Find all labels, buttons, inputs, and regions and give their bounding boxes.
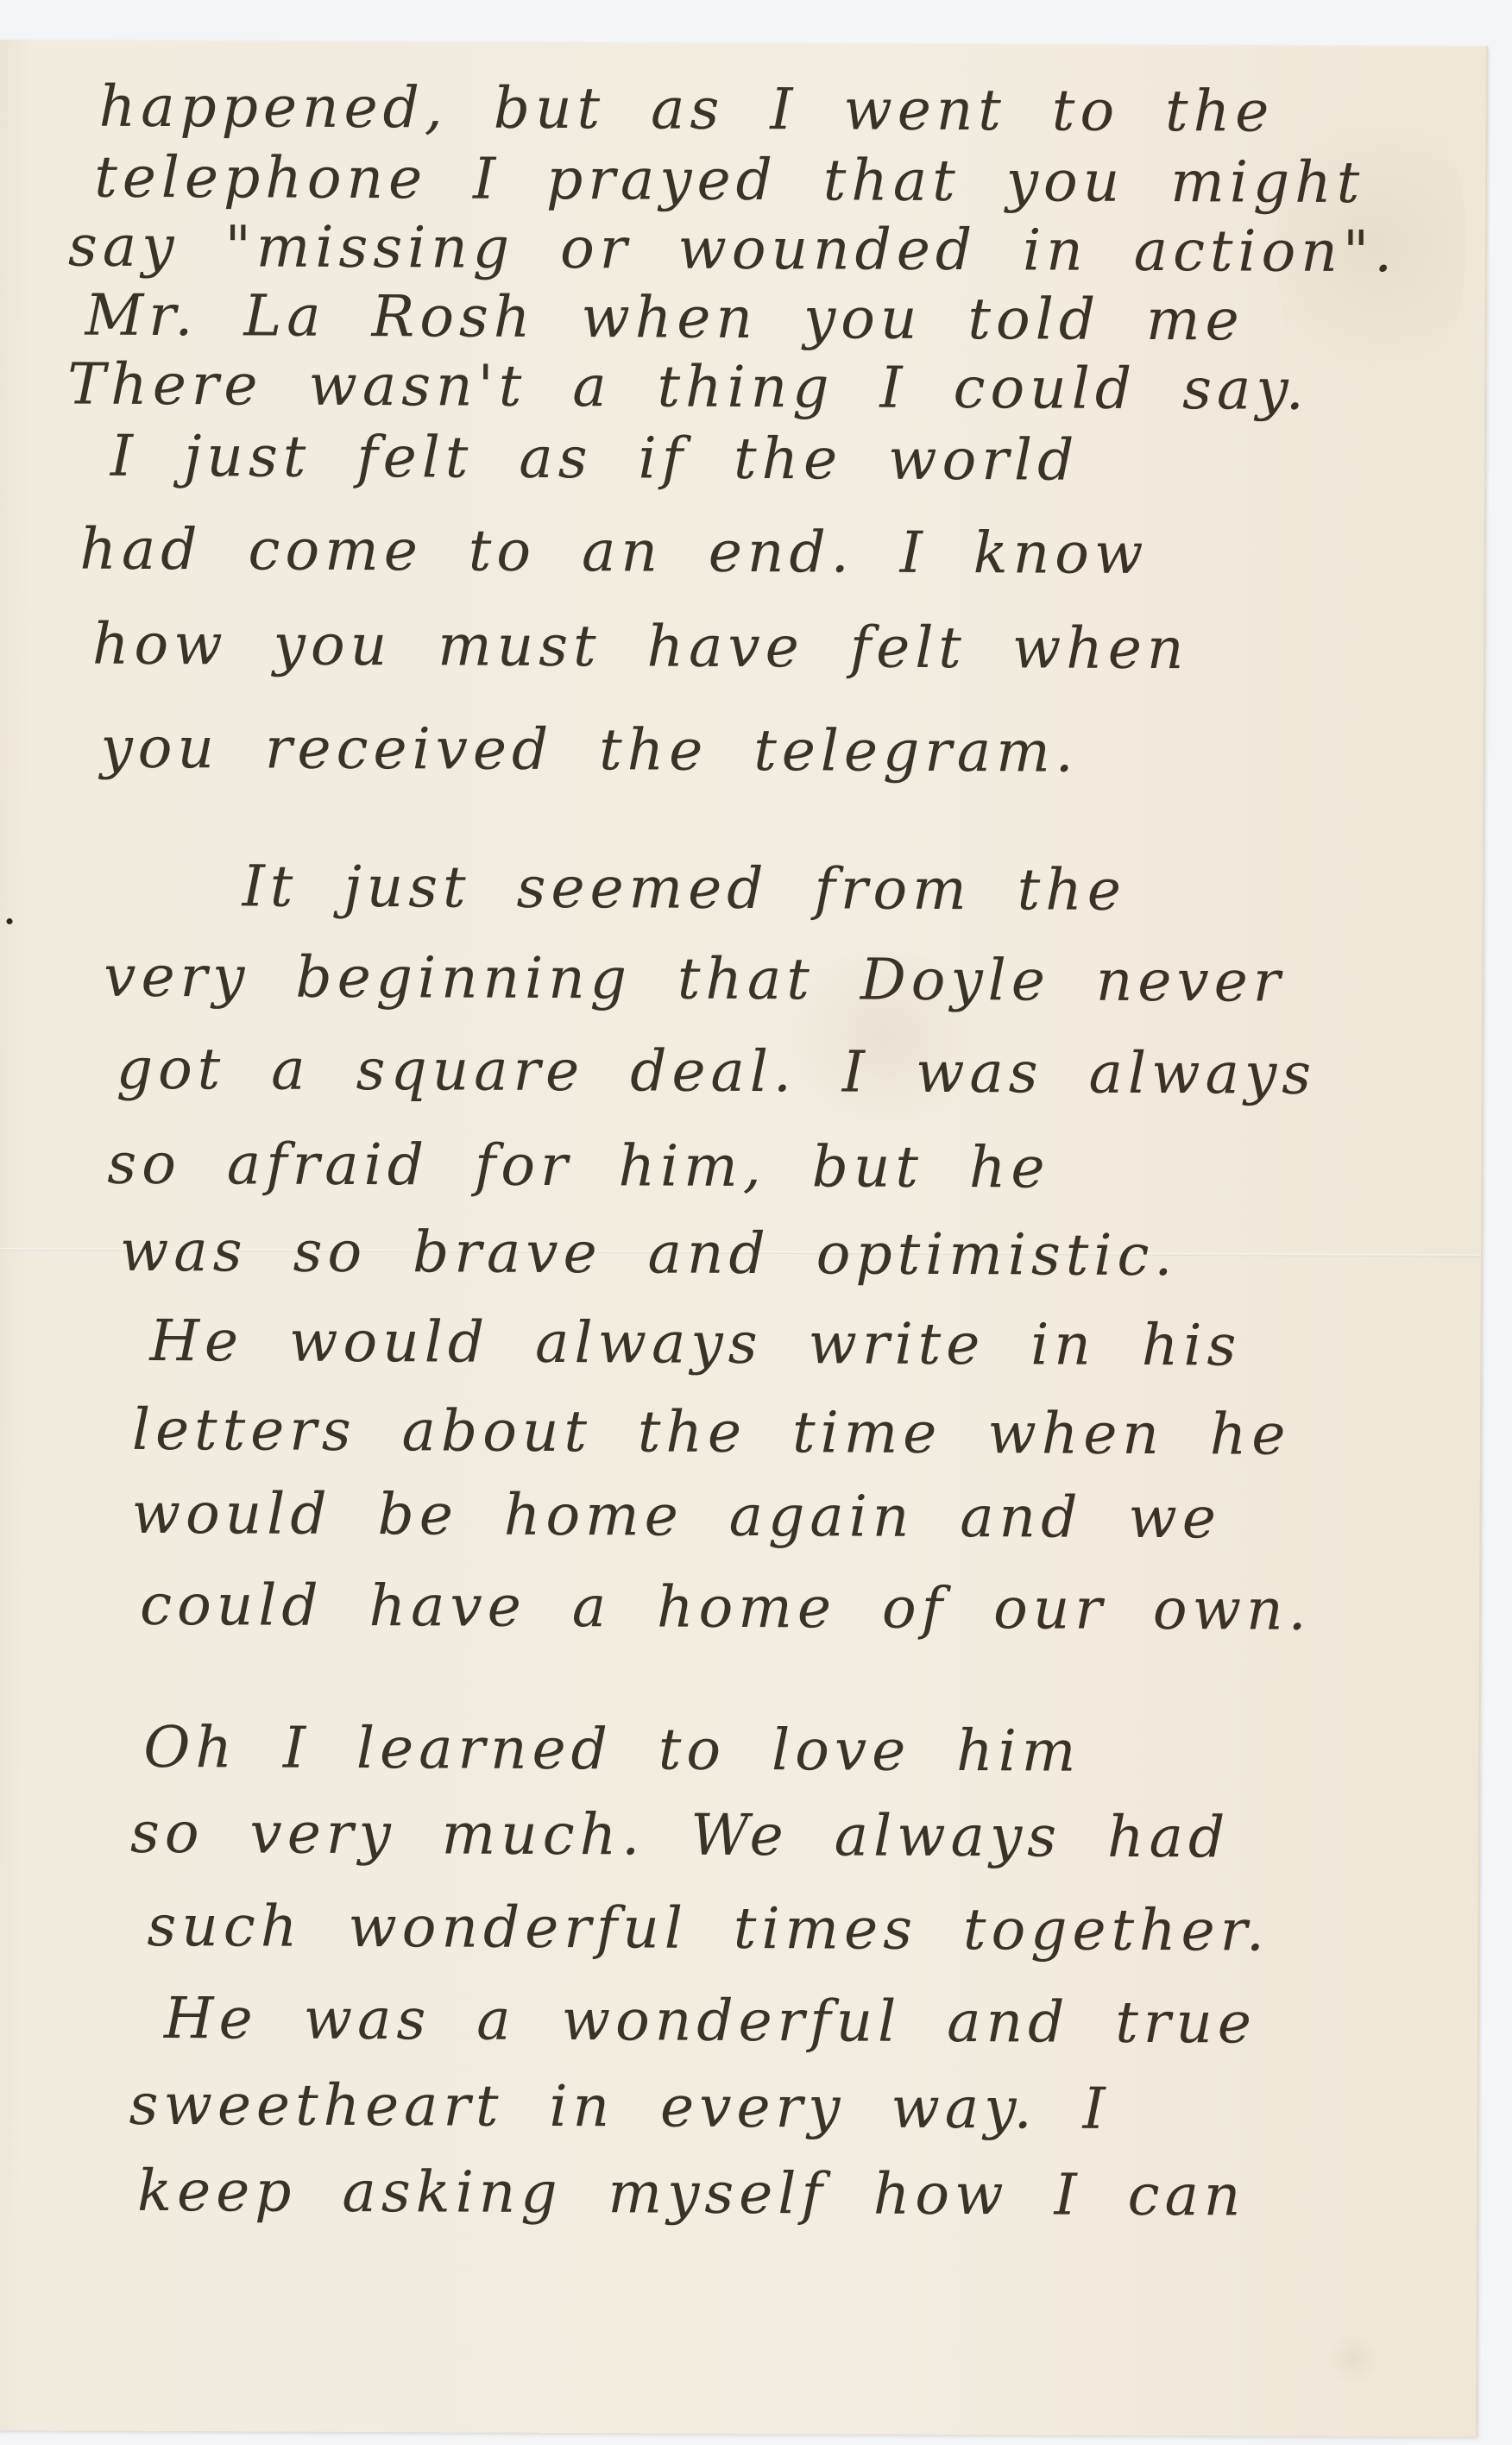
paper-stain — [1327, 2333, 1379, 2385]
handwritten-line: so very much. We always had — [130, 1805, 1231, 1867]
handwritten-line: keep asking myself how I can — [137, 2163, 1246, 2225]
handwritten-line: had come to an end. I know — [79, 521, 1148, 583]
handwritten-line: letters about the time when he — [132, 1402, 1291, 1464]
handwritten-line: say "missing or wounded in action". — [68, 218, 1398, 281]
letter-paper: happened, but as I went to the telephone… — [0, 40, 1488, 2436]
handwritten-line: It just seemed from the — [243, 858, 1126, 918]
handwritten-line: such wonderful times together. — [147, 1898, 1269, 1960]
handwritten-line: so afraid for him, but he — [107, 1136, 1050, 1197]
handwritten-line: Mr. La Rosh when you told me — [85, 287, 1244, 350]
handwritten-line: There wasn't a thing I could say. — [67, 356, 1309, 419]
handwritten-line: sweetheart in every way. I — [129, 2076, 1110, 2138]
handwritten-line: happened, but as I went to the — [99, 79, 1275, 141]
handwritten-line: could have a home of our own. — [140, 1577, 1312, 1639]
handwritten-line: you received the telegram. — [100, 720, 1079, 781]
handwritten-line: I just felt as if the world — [110, 428, 1080, 489]
handwritten-line: He would always write in his — [149, 1313, 1241, 1375]
handwritten-line: Oh I learned to love him — [143, 1719, 1080, 1780]
ink-dot — [7, 918, 13, 924]
handwritten-line: would be home again and we — [131, 1485, 1221, 1547]
handwritten-line: He was a wonderful and true — [164, 1990, 1257, 2052]
handwritten-line: got a square deal. I was always — [117, 1041, 1317, 1103]
handwritten-line: was so brave and optimistic. — [120, 1223, 1178, 1284]
handwritten-line: how you must have felt when — [92, 616, 1189, 678]
handwritten-line: telephone I prayed that you might — [94, 149, 1364, 211]
handwritten-line: very beginning that Doyle never — [104, 948, 1285, 1011]
